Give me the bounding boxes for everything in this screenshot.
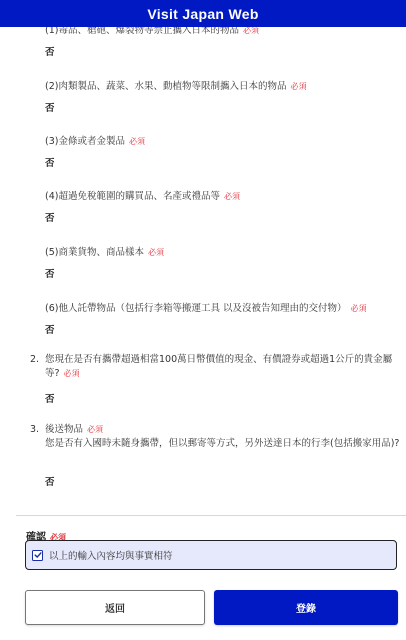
- answer-2: 否: [45, 391, 55, 405]
- submit-button-label: 登錄: [296, 600, 316, 615]
- required-badge: 必須: [87, 425, 103, 434]
- sub-question-4: (4)超過免稅範圍的購買品、名產或禮品等必須: [45, 188, 240, 202]
- sub-question-2: (2)肉類製品、蔬菜、水果、動植物等限制攜入日本的物品必須: [45, 78, 306, 92]
- submit-button[interactable]: 登錄: [214, 590, 398, 625]
- question-text: 您現在是否有攜帶超過相當100萬日幣價值的現金、有價證券或超過1公斤的貴金屬等?: [45, 354, 392, 379]
- sub-answer-4: 否: [45, 210, 55, 224]
- question-text-wrap: 您現在是否有攜帶超過相當100萬日幣價值的現金、有價證券或超過1公斤的貴金屬等?…: [45, 353, 400, 381]
- required-badge: 必須: [64, 369, 80, 378]
- question-number: 3.: [30, 423, 39, 437]
- sub-question-3: (3)金條或者金製品必須: [45, 133, 145, 147]
- sub-question-5: (5)商業貨物、商品樣本必須: [45, 244, 164, 258]
- back-button-label: 返回: [105, 600, 125, 615]
- sub-question-6: (6)他人託帶物品（包括行李箱等搬運工具 以及沒被告知理由的交付物）必須: [45, 300, 366, 314]
- required-badge: 必須: [350, 304, 366, 313]
- question-title: 後送物品: [45, 424, 83, 435]
- question-number: 2.: [30, 353, 39, 367]
- sub-question-label: (2)肉類製品、蔬菜、水果、動植物等限制攜入日本的物品: [45, 81, 286, 92]
- confirm-checkbox-label: 以上的輸入內容均與事實相符: [49, 548, 173, 562]
- sub-answer-2: 否: [45, 100, 55, 114]
- required-badge: 必須: [243, 26, 259, 35]
- required-badge: 必須: [224, 192, 240, 201]
- confirm-checkbox-row[interactable]: 以上的輸入內容均與事實相符: [25, 540, 397, 570]
- sub-question-label: (3)金條或者金製品: [45, 136, 125, 147]
- section-divider: [16, 515, 406, 516]
- required-badge: 必須: [290, 82, 306, 91]
- answer-3: 否: [45, 474, 55, 488]
- question-3: 3. 後送物品必須 您是否有入國時未隨身攜帶，但以郵寄等方式，另外送達日本的行李…: [30, 423, 400, 467]
- sub-question-label: (5)商業貨物、商品樣本: [45, 247, 144, 258]
- sub-answer-6: 否: [45, 322, 55, 336]
- sub-answer-3: 否: [45, 155, 55, 169]
- required-badge: 必須: [129, 137, 145, 146]
- question-text: 您是否有入國時未隨身攜帶，但以郵寄等方式，另外送達日本的行李(包括搬家用品)?: [45, 437, 400, 451]
- back-button[interactable]: 返回: [25, 590, 205, 625]
- required-badge: 必須: [148, 248, 164, 257]
- question-text-wrap: 後送物品必須 您是否有入國時未隨身攜帶，但以郵寄等方式，另外送達日本的行李(包括…: [45, 423, 400, 451]
- sub-question-label: (6)他人託帶物品（包括行李箱等搬運工具 以及沒被告知理由的交付物）: [45, 303, 346, 314]
- checkbox-checked-icon[interactable]: [32, 550, 43, 561]
- app-title: Visit Japan Web: [147, 6, 258, 22]
- question-2: 2. 您現在是否有攜帶超過相當100萬日幣價值的現金、有價證券或超過1公斤的貴金…: [30, 353, 400, 383]
- sub-answer-5: 否: [45, 266, 55, 280]
- sub-answer-1: 否: [45, 44, 55, 58]
- app-header: Visit Japan Web: [0, 0, 406, 27]
- sub-question-label: (4)超過免稅範圍的購買品、名產或禮品等: [45, 191, 220, 202]
